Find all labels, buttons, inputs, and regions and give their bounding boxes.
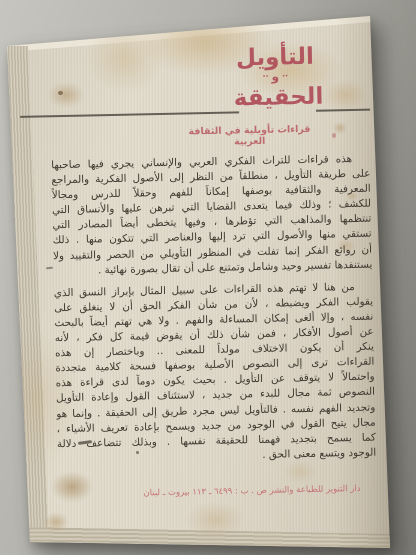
book-cover: التأويل و الحقيقة قراءات تأويلية في الثق…: [0, 0, 416, 555]
blurb-paragraph-2: من هنا لا تهتم هذه القراءات على سبيل الم…: [54, 279, 377, 467]
publisher-imprint: دار التنوير للطباعة والنشر ص . ب : ٦٤٩٩ …: [124, 483, 380, 498]
title-rule-left: [20, 111, 239, 117]
back-cover-blurb: هذه قراءات للتراث الفكري العربي والإنسان…: [51, 152, 376, 467]
book-title: التأويل و الحقيقة: [233, 43, 318, 113]
book: التأويل و الحقيقة قراءات تأويلية في الثق…: [0, 0, 416, 555]
book-subtitle: قراءات تأويلية في الثقافة العربية: [186, 124, 312, 149]
title-word-2: الحقيقة: [233, 83, 318, 113]
printed-cover-content: التأويل و الحقيقة قراءات تأويلية في الثق…: [0, 0, 416, 555]
title-rule-right: [316, 109, 370, 112]
title-word-1: التأويل: [233, 43, 318, 73]
blurb-paragraph-1: هذه قراءات للتراث الفكري العربي والإنسان…: [51, 152, 372, 279]
photo-surface: التأويل و الحقيقة قراءات تأويلية في الثق…: [0, 0, 416, 555]
